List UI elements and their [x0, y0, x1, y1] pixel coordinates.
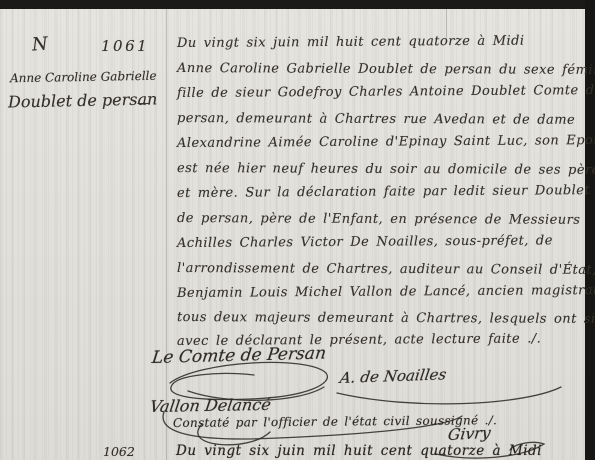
- body-line: Achilles Charles Victor De Noailles, sou…: [177, 233, 553, 251]
- body-line: est née hier neuf heures du soir au domi…: [177, 161, 595, 178]
- body-line: fille de sieur Godefroy Charles Antoine …: [177, 83, 595, 101]
- numero-symbol: N: [31, 33, 48, 55]
- body-line: tous deux majeurs demeurant à Chartres, …: [177, 310, 595, 327]
- signature-noailles: A. de Noailles: [339, 365, 448, 387]
- noailles-underline-flourish: [335, 383, 565, 411]
- margin-column-rule: [166, 9, 167, 460]
- body-line: l'arrondissement de Chartres, auditeur a…: [177, 261, 595, 278]
- margin-name-line1: Anne Caroline Gabrielle: [10, 69, 157, 86]
- signature-officer: Givry: [447, 424, 492, 444]
- signature-vallon: Vallon Delancé: [149, 395, 273, 416]
- body-line: de persan, père de l'Enfant, en présence…: [177, 211, 580, 228]
- body-line: persan, demeurant à Chartres rue Avedan …: [177, 111, 575, 128]
- body-line: Du vingt six juin mil huit cent quatorze…: [177, 34, 525, 51]
- body-line: Benjamin Louis Michel Vallon de Lancé, a…: [177, 283, 595, 301]
- body-line: Anne Caroline Gabrielle Doublet de persa…: [177, 61, 595, 78]
- next-record-first-line: Du vingt six juin mil huit cent quatorze…: [176, 443, 542, 459]
- scan-top-border: [0, 0, 595, 9]
- body-line: Alexandrine Aimée Caroline d'Epinay Sain…: [177, 133, 595, 151]
- signature-declarant: Le Comte de Persan: [151, 343, 327, 368]
- record-number: 1061: [101, 37, 149, 55]
- next-record-number: 1062: [103, 444, 135, 459]
- register-scan-page: N 1061 Anne Caroline Gabrielle Doublet d…: [0, 0, 595, 460]
- body-line: et mère. Sur la déclaration faite par le…: [177, 183, 590, 201]
- margin-filler-dash: —: [137, 96, 150, 111]
- margin-name-line2: Doublet de persan: [8, 89, 158, 111]
